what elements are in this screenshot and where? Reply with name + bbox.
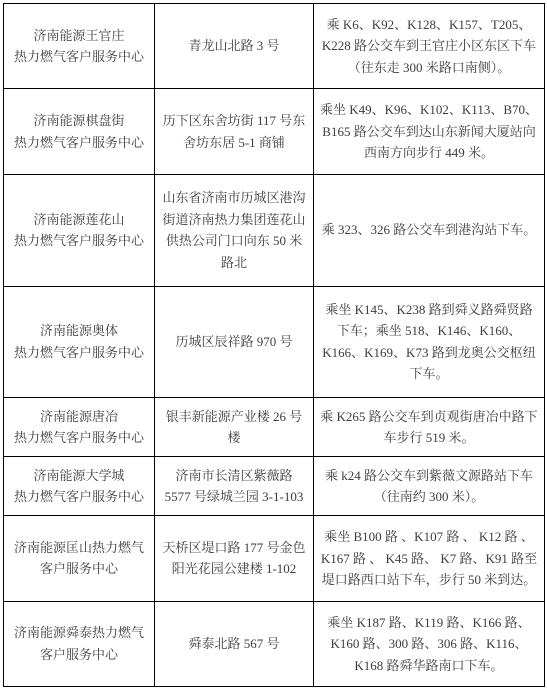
service-center-name-line2: 热力燃气客户服务中心	[10, 342, 148, 363]
bus-route-cell: 乘 k24 路公交车到紫薇文源路站下车（往南约 300 米）。	[314, 457, 545, 516]
bus-route-cell: 乘 K265 路公交车到贞观街唐冶中路下车步行 519 米。	[314, 398, 545, 457]
service-center-name-line1: 济南能源王官庄	[10, 25, 148, 46]
table-row: 济南能源匡山热力燃气 客户服务中心 天桥区堤口路 177 号金色阳光花园公建楼 …	[4, 516, 545, 601]
address-cell: 历下区东舍坊街 117 号东舍坊东居 5-1 商铺	[155, 89, 314, 174]
service-center-name-line2: 客户服务中心	[10, 644, 148, 665]
service-center-name-cell: 济南能源大学城 热力燃气客户服务中心	[4, 457, 155, 516]
service-center-name-line1: 济南能源莲花山	[10, 209, 148, 230]
service-center-name-line1: 济南能源大学城	[10, 465, 148, 486]
document-page: 济南能源王官庄 热力燃气客户服务中心 青龙山北路 3 号 乘 K6、K92、K1…	[0, 0, 547, 690]
table-row: 济南能源奥体 热力燃气客户服务中心 历城区辰祥路 970 号 乘坐 K145、K…	[4, 286, 545, 398]
service-center-name-line1: 济南能源舜泰热力燃气	[10, 622, 148, 643]
service-center-name-line2: 热力燃气客户服务中心	[10, 230, 148, 251]
service-center-name-cell: 济南能源奥体 热力燃气客户服务中心	[4, 286, 155, 398]
service-centers-table: 济南能源王官庄 热力燃气客户服务中心 青龙山北路 3 号 乘 K6、K92、K1…	[3, 3, 545, 687]
service-center-name-cell: 济南能源唐冶 热力燃气客户服务中心	[4, 398, 155, 457]
table-row: 济南能源莲花山 热力燃气客户服务中心 山东省济南市历城区港沟街道济南热力集团莲花…	[4, 174, 545, 286]
bus-route-cell: 乘 323、326 路公交车到港沟站下车。	[314, 174, 545, 286]
service-center-name-line2: 热力燃气客户服务中心	[10, 427, 148, 448]
table-body: 济南能源王官庄 热力燃气客户服务中心 青龙山北路 3 号 乘 K6、K92、K1…	[4, 4, 545, 687]
bus-route-cell: 乘坐 K145、K238 路到舜义路舜贤路下车；乘坐 518、K146、K160…	[314, 286, 545, 398]
bus-route-cell: 乘坐 K49、K96、K102、K113、B70、B165 路公交车到达山东新闻…	[314, 89, 545, 174]
address-cell: 青龙山北路 3 号	[155, 4, 314, 89]
service-center-name-cell: 济南能源王官庄 热力燃气客户服务中心	[4, 4, 155, 89]
service-center-name-cell: 济南能源棋盘街 热力燃气客户服务中心	[4, 89, 155, 174]
address-cell: 济南市长清区紫薇路 5577 号绿城兰园 3-1-103	[155, 457, 314, 516]
bus-route-cell: 乘坐 K187 路、K119 路、K166 路、K160 路、300 路、306…	[314, 601, 545, 686]
table-row: 济南能源唐冶 热力燃气客户服务中心 银丰新能源产业楼 26 号楼 乘 K265 …	[4, 398, 545, 457]
address-cell: 山东省济南市历城区港沟街道济南热力集团莲花山供热公司门口向东 50 米路北	[155, 174, 314, 286]
address-cell: 天桥区堤口路 177 号金色阳光花园公建楼 1-102	[155, 516, 314, 601]
table-row: 济南能源棋盘街 热力燃气客户服务中心 历下区东舍坊街 117 号东舍坊东居 5-…	[4, 89, 545, 174]
table-row: 济南能源大学城 热力燃气客户服务中心 济南市长清区紫薇路 5577 号绿城兰园 …	[4, 457, 545, 516]
table-row: 济南能源王官庄 热力燃气客户服务中心 青龙山北路 3 号 乘 K6、K92、K1…	[4, 4, 545, 89]
address-cell: 舜泰北路 567 号	[155, 601, 314, 686]
service-center-name-line1: 济南能源唐冶	[10, 406, 148, 427]
bus-route-cell: 乘 K6、K92、K128、K157、T205、K228 路公交车到王官庄小区东…	[314, 4, 545, 89]
bus-route-cell: 乘坐 B100 路 、K107 路 、 K12 路 、K167 路 、 K45 …	[314, 516, 545, 601]
service-center-name-cell: 济南能源匡山热力燃气 客户服务中心	[4, 516, 155, 601]
service-center-name-line1: 济南能源奥体	[10, 320, 148, 341]
service-center-name-line2: 热力燃气客户服务中心	[10, 46, 148, 67]
service-center-name-cell: 济南能源莲花山 热力燃气客户服务中心	[4, 174, 155, 286]
service-center-name-line1: 济南能源棋盘街	[10, 110, 148, 131]
service-center-name-line2: 客户服务中心	[10, 558, 148, 579]
service-center-name-line2: 热力燃气客户服务中心	[10, 132, 148, 153]
service-center-name-line2: 热力燃气客户服务中心	[10, 486, 148, 507]
table-row: 济南能源舜泰热力燃气 客户服务中心 舜泰北路 567 号 乘坐 K187 路、K…	[4, 601, 545, 686]
address-cell: 历城区辰祥路 970 号	[155, 286, 314, 398]
service-center-name-line1: 济南能源匡山热力燃气	[10, 537, 148, 558]
service-center-name-cell: 济南能源舜泰热力燃气 客户服务中心	[4, 601, 155, 686]
address-cell: 银丰新能源产业楼 26 号楼	[155, 398, 314, 457]
